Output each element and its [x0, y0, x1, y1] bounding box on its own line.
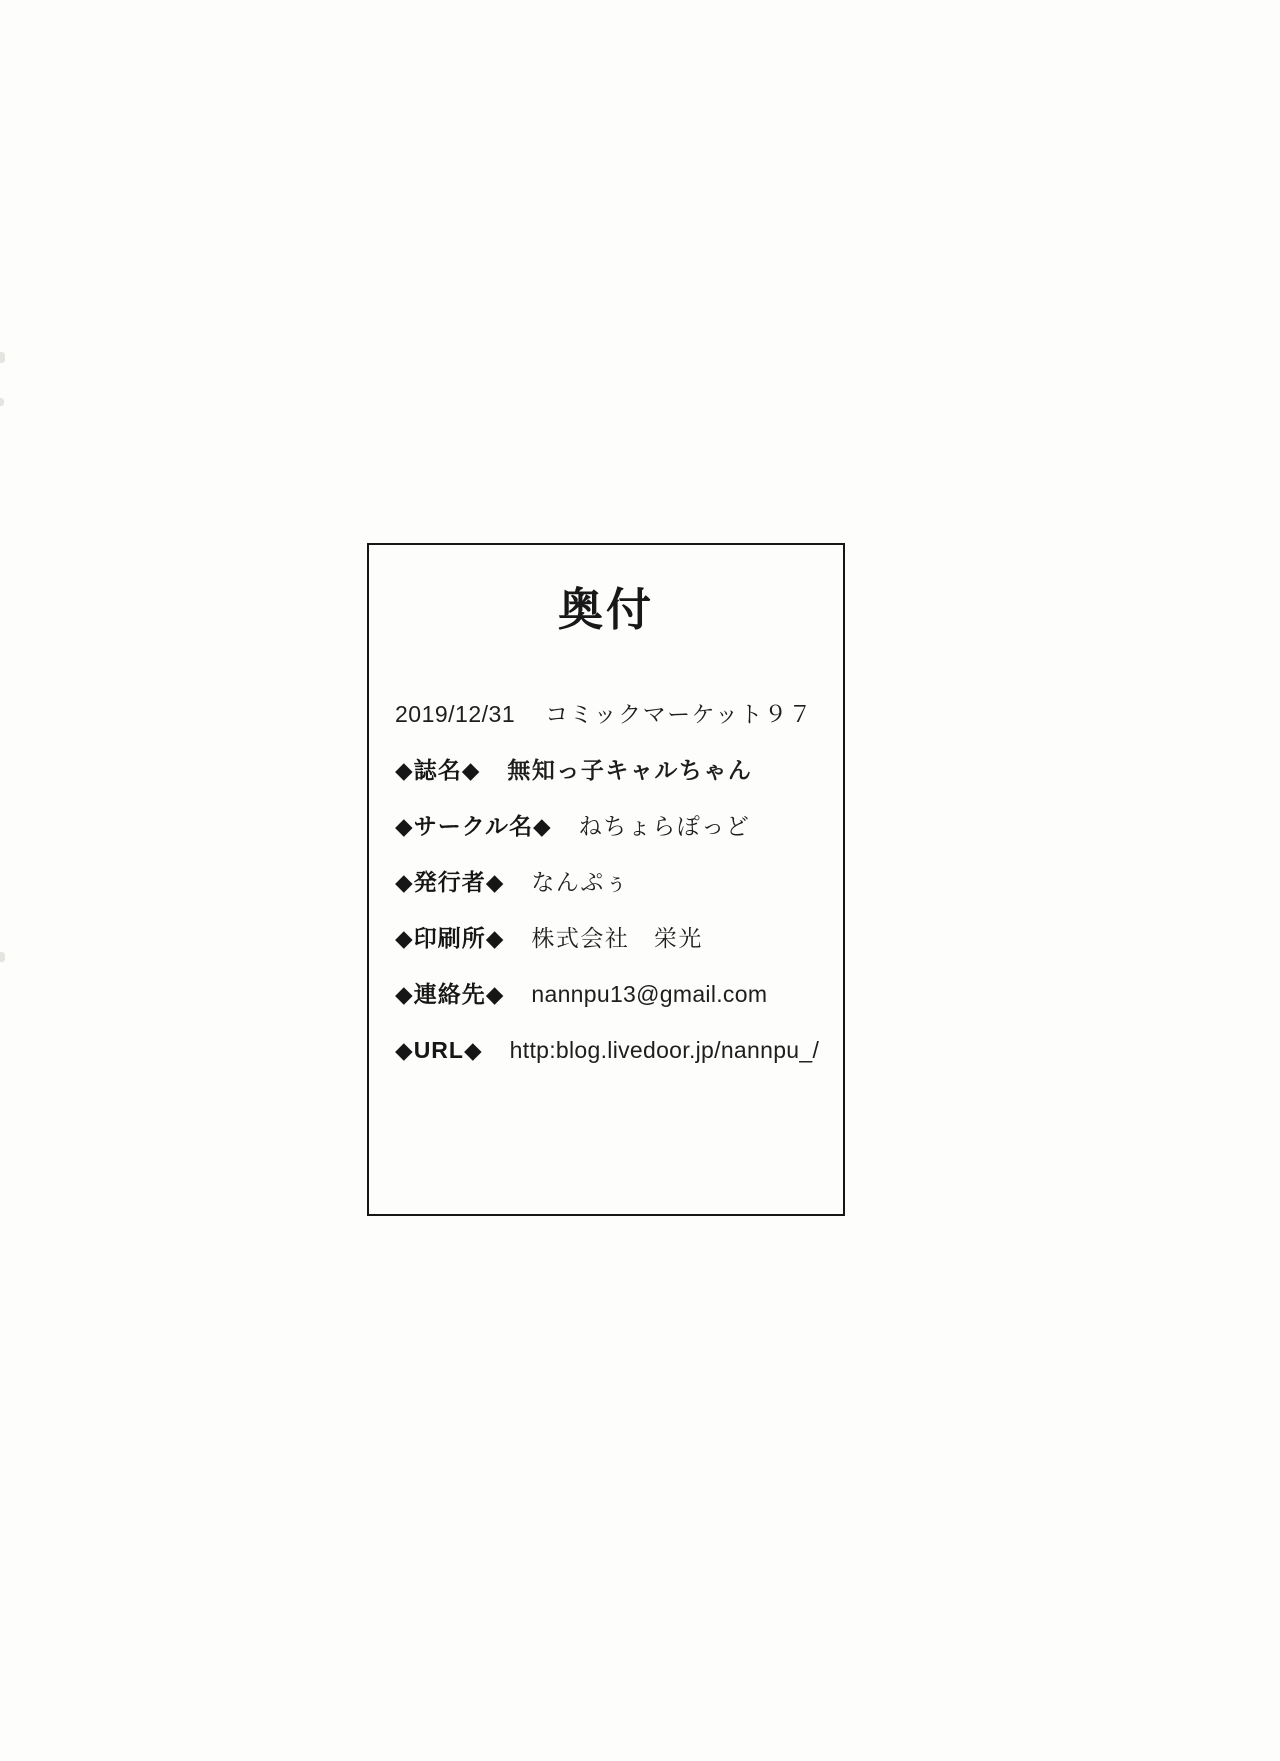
colophon-row-book-title: ◆誌名◆ 無知っ子キャルちゃん: [395, 755, 843, 785]
scan-artifact-speck: [0, 398, 4, 406]
circle-name-label: ◆サークル名◆: [395, 811, 552, 841]
book-title-value: 無知っ子キャルちゃん: [507, 755, 752, 785]
url-value: http:blog.livedoor.jp/nannpu_/: [510, 1035, 820, 1065]
scan-artifact-speck: [0, 352, 5, 363]
publisher-label: ◆発行者◆: [395, 867, 504, 897]
colophon-row-circle-name: ◆サークル名◆ ねちょらぽっど: [395, 811, 843, 841]
colophon-box: 奥付 2019/12/31 コミックマーケット９７ ◆誌名◆ 無知っ子キャルちゃ…: [367, 543, 845, 1216]
event-row: 2019/12/31 コミックマーケット９７: [395, 699, 843, 729]
contact-email-value: nannpu13@gmail.com: [531, 979, 767, 1009]
event-name: コミックマーケット９７: [545, 699, 813, 729]
scan-artifact-speck: [0, 952, 5, 962]
colophon-row-printer: ◆印刷所◆ 株式会社 栄光: [395, 923, 843, 953]
event-date: 2019/12/31: [395, 699, 515, 729]
url-label: ◆URL◆: [395, 1035, 483, 1065]
circle-name-value: ねちょらぽっど: [579, 811, 751, 841]
book-title-label: ◆誌名◆: [395, 755, 480, 785]
printer-value: 株式会社 栄光: [531, 923, 703, 953]
colophon-row-url: ◆URL◆ http:blog.livedoor.jp/nannpu_/: [395, 1035, 843, 1065]
colophon-title: 奥付: [369, 583, 843, 637]
colophon-row-publisher: ◆発行者◆ なんぷぅ: [395, 867, 843, 897]
scanned-page: 奥付 2019/12/31 コミックマーケット９７ ◆誌名◆ 無知っ子キャルちゃ…: [0, 0, 1280, 1761]
colophon-row-contact: ◆連絡先◆ nannpu13@gmail.com: [395, 979, 843, 1009]
printer-label: ◆印刷所◆: [395, 923, 504, 953]
contact-label: ◆連絡先◆: [395, 979, 504, 1009]
publisher-value: なんぷぅ: [531, 867, 629, 897]
